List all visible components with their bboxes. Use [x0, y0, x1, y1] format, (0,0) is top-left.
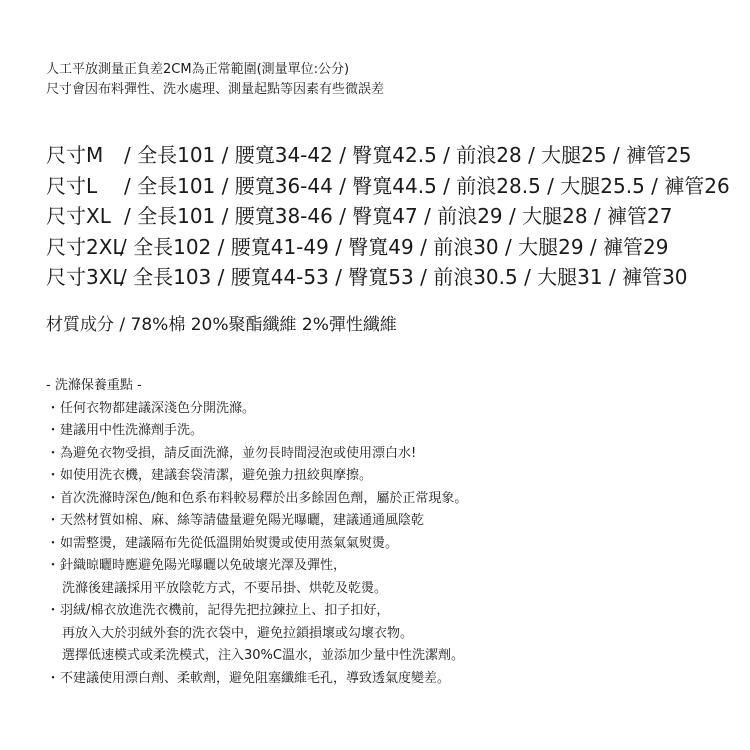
- bullet-dot-icon: ・: [46, 488, 60, 511]
- care-text: 天然材質如棉、麻、絲等請儘量避免陽光曝曬，建議通通風陰乾: [60, 513, 424, 528]
- size-row-l: 尺寸L/ 全長101 / 腰寬36-44 / 臀寬44.5 / 前浪28.5 /…: [46, 171, 730, 202]
- care-list-item: ・針織晾曬時應避免陽光曝曬以免破壞光澤及彈性，: [46, 555, 467, 578]
- care-title: - 洗滌保養重點 -: [46, 375, 467, 398]
- bullet-dot-icon: ・: [46, 510, 60, 533]
- care-text: 不建議使用漂白劑、柔軟劑，避免阻塞纖維毛孔，導致透氣度變差。: [60, 671, 450, 686]
- care-list-item: ・如使用洗衣機，建議套袋清潔，避免強力扭絞與摩擦。: [46, 465, 467, 488]
- bullet-dot-icon: ・: [46, 443, 60, 466]
- measurement-notes: 人工平放測量正負差2CM為正常範圍(測量單位:公分) 尺寸會因布料彈性、洗水處理…: [46, 60, 384, 100]
- size-spec: / 全長102 / 腰寬41-49 / 臀寬49 / 前浪30 / 大腿29 /…: [120, 235, 668, 259]
- care-list-item: ・天然材質如棉、麻、絲等請儘量避免陽光曝曬，建議通通風陰乾: [46, 510, 467, 533]
- care-list-item: ・建議用中性洗滌劑手洗。: [46, 420, 467, 443]
- care-text: 首次洗滌時深色/飽和色系布料較易釋於出多餘固色劑，屬於正常現象。: [60, 491, 467, 506]
- bullet-dot-icon: ・: [46, 420, 60, 443]
- care-list-item: ・為避免衣物受損，請反面洗滌，並勿長時間浸泡或使用漂白水!: [46, 443, 467, 466]
- bullet-dot-icon: ・: [46, 555, 60, 578]
- care-list-item: 再放入大於羽絨外套的洗衣袋中，避免拉鎖損壞或勾壞衣物。: [46, 623, 467, 646]
- care-list-item: ・任何衣物都建議深淺色分開洗滌。: [46, 398, 467, 421]
- size-label: 尺寸XL: [46, 201, 124, 232]
- bullet-dot-icon: ・: [46, 465, 60, 488]
- care-text: 為避免衣物受損，請反面洗滌，並勿長時間浸泡或使用漂白水!: [60, 446, 416, 461]
- care-list: ・任何衣物都建議深淺色分開洗滌。・建議用中性洗滌劑手洗。・為避免衣物受損，請反面…: [46, 398, 467, 691]
- size-row-2xl: 尺寸2XL/ 全長102 / 腰寬41-49 / 臀寬49 / 前浪30 / 大…: [46, 232, 730, 263]
- care-list-item: ・如需整燙，建議隔布先從低溫開始熨燙或使用蒸氣氣熨燙。: [46, 533, 467, 556]
- care-text: 如需整燙，建議隔布先從低溫開始熨燙或使用蒸氣氣熨燙。: [60, 536, 398, 551]
- size-spec: / 全長101 / 腰寬36-44 / 臀寬44.5 / 前浪28.5 / 大腿…: [124, 174, 730, 198]
- care-text: 再放入大於羽絨外套的洗衣袋中，避免拉鎖損壞或勾壞衣物。: [62, 626, 413, 641]
- size-spec: / 全長101 / 腰寬34-42 / 臀寬42.5 / 前浪28 / 大腿25…: [124, 143, 692, 167]
- care-list-item: ・首次洗滌時深色/飽和色系布料較易釋於出多餘固色劑，屬於正常現象。: [46, 488, 467, 511]
- care-text: 針織晾曬時應避免陽光曝曬以免破壞光澤及彈性，: [60, 558, 346, 573]
- note-line: 人工平放測量正負差2CM為正常範圍(測量單位:公分): [46, 60, 384, 80]
- bullet-dot-icon: ・: [46, 668, 60, 691]
- size-label: 尺寸2XL: [46, 232, 120, 263]
- care-text: 選擇低速模式或柔洗模式，注入30%C溫水，並添加少量中性洗潔劑。: [62, 648, 464, 663]
- note-line: 尺寸會因布料彈性、洗水處理、測量起點等因素有些微誤差: [46, 80, 384, 100]
- bullet-dot-icon: ・: [46, 533, 60, 556]
- size-row-3xl: 尺寸3XL/ 全長103 / 腰寬44-53 / 臀寬53 / 前浪30.5 /…: [46, 262, 730, 293]
- care-text: 建議用中性洗滌劑手洗。: [60, 423, 203, 438]
- size-spec: / 全長103 / 腰寬44-53 / 臀寬53 / 前浪30.5 / 大腿31…: [120, 265, 688, 289]
- size-label: 尺寸M: [46, 140, 124, 171]
- bullet-dot-icon: ・: [46, 398, 60, 421]
- size-chart: 尺寸M/ 全長101 / 腰寬34-42 / 臀寬42.5 / 前浪28 / 大…: [46, 140, 730, 293]
- care-list-item: 選擇低速模式或柔洗模式，注入30%C溫水，並添加少量中性洗潔劑。: [46, 645, 467, 668]
- bullet-dot-icon: ・: [46, 600, 60, 623]
- size-label: 尺寸L: [46, 171, 124, 202]
- size-spec: / 全長101 / 腰寬38-46 / 臀寬47 / 前浪29 / 大腿28 /…: [124, 204, 672, 228]
- material-composition: 材質成分 / 78%棉 20%聚酯纖維 2%彈性纖維: [46, 313, 397, 337]
- care-list-item: ・羽絨/棉衣放進洗衣機前，記得先把拉鍊拉上、扣子扣好，: [46, 600, 467, 623]
- size-label: 尺寸3XL: [46, 262, 120, 293]
- care-instructions: - 洗滌保養重點 - ・任何衣物都建議深淺色分開洗滌。・建議用中性洗滌劑手洗。・…: [46, 375, 467, 690]
- care-list-item: 洗滌後建議採用平放陰乾方式，不要吊掛、烘乾及乾燙。: [46, 578, 467, 601]
- care-text: 如使用洗衣機，建議套袋清潔，避免強力扭絞與摩擦。: [60, 468, 372, 483]
- size-row-m: 尺寸M/ 全長101 / 腰寬34-42 / 臀寬42.5 / 前浪28 / 大…: [46, 140, 730, 171]
- size-row-xl: 尺寸XL/ 全長101 / 腰寬38-46 / 臀寬47 / 前浪29 / 大腿…: [46, 201, 730, 232]
- care-text: 羽絨/棉衣放進洗衣機前，記得先把拉鍊拉上、扣子扣好，: [60, 603, 389, 618]
- care-text: 任何衣物都建議深淺色分開洗滌。: [60, 401, 255, 416]
- care-text: 洗滌後建議採用平放陰乾方式，不要吊掛、烘乾及乾燙。: [62, 581, 387, 596]
- care-list-item: ・不建議使用漂白劑、柔軟劑，避免阻塞纖維毛孔，導致透氣度變差。: [46, 668, 467, 691]
